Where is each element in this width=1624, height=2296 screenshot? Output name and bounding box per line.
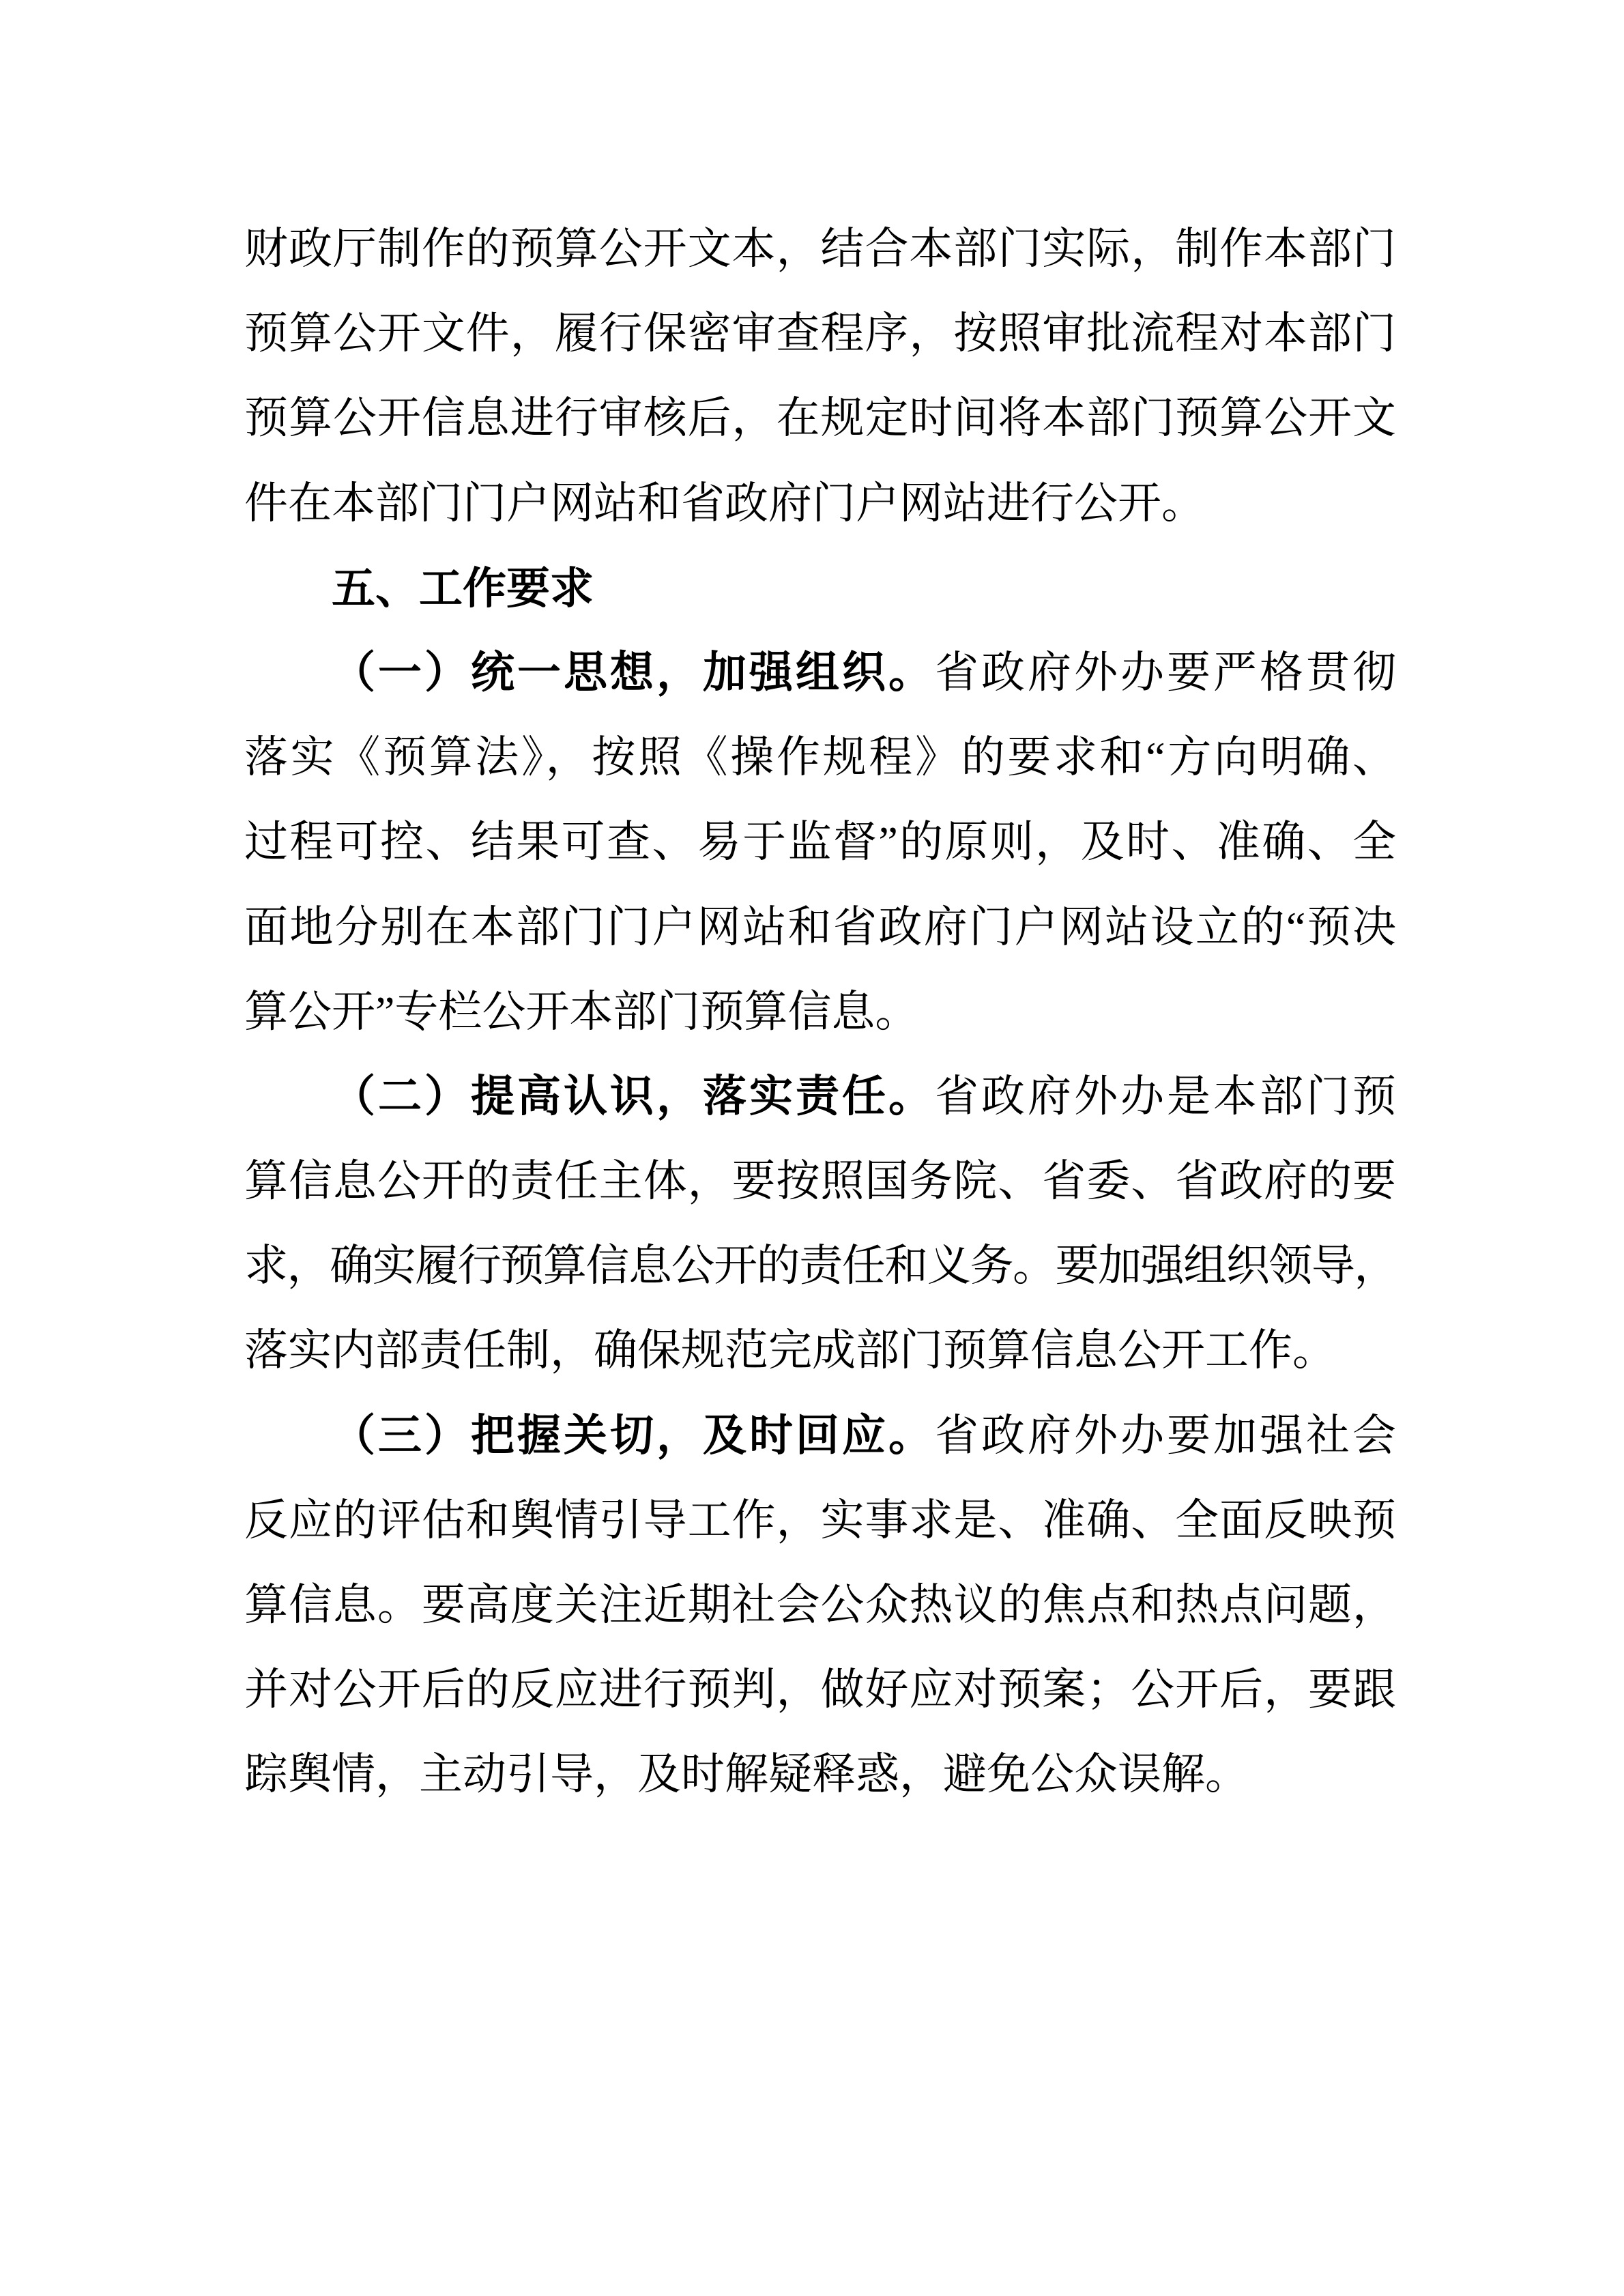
body-text: 预算公开文件，履行保密审查程序，按照审批流程对本部门 (244, 309, 1396, 358)
text-block: 财政厅制作的预算公开文本，结合本部门实际，制作本部门 预算公开文件，履行保密审查… (244, 207, 1396, 1818)
body-line: 算信息。要高度关注近期社会公众热议的焦点和热点问题， (244, 1563, 1396, 1648)
body-text: 算信息公开的责任主体，要按照国务院、省委、省政府的要 (244, 1157, 1396, 1205)
body-line: 财政厅制作的预算公开文本，结合本部门实际，制作本部门 (244, 207, 1396, 291)
body-text: 求，确实履行预算信息公开的责任和义务。要加强组织领导， (244, 1242, 1396, 1290)
body-line: 并对公开后的反应进行预判，做好应对预案；公开后，要跟 (244, 1648, 1396, 1732)
body-text: 落实《预算法》，按照《操作规程》的要求和“方向明确、 (244, 733, 1396, 781)
body-line: 面地分别在本部门门户网站和省政府门户网站设立的“预决 (244, 885, 1396, 970)
body-text: 件在本部门门户网站和省政府门户网站进行公开。 (244, 479, 1205, 528)
body-line: 算公开”专栏公开本部门预算信息。 (244, 970, 1396, 1054)
body-text: 省政府外办是本部门预 (935, 1072, 1396, 1121)
body-line: 反应的评估和舆情引导工作，实事求是、准确、全面反映预 (244, 1478, 1396, 1563)
body-text: 踪舆情，主动引导，及时解疑释惑，避免公众误解。 (244, 1750, 1249, 1798)
body-line: 预算公开文件，履行保密审查程序，按照审批流程对本部门 (244, 291, 1396, 376)
section-heading: 五、工作要求 (244, 546, 1396, 631)
section-heading-text: 五、工作要求 (332, 564, 594, 613)
subsection-title-bold: （三）把握关切，及时回应。 (332, 1411, 935, 1460)
body-text: 落实内部责任制，确保规范完成部门预算信息公开工作。 (244, 1326, 1336, 1375)
body-line: 算信息公开的责任主体，要按照国务院、省委、省政府的要 (244, 1139, 1396, 1224)
body-line: （二）提高认识，落实责任。省政府外办是本部门预 (244, 1054, 1396, 1139)
body-line: 落实内部责任制，确保规范完成部门预算信息公开工作。 (244, 1308, 1396, 1393)
body-line: 落实《预算法》，按照《操作规程》的要求和“方向明确、 (244, 715, 1396, 800)
body-line: （三）把握关切，及时回应。省政府外办要加强社会 (244, 1394, 1396, 1478)
document-page: 财政厅制作的预算公开文本，结合本部门实际，制作本部门 预算公开文件，履行保密审查… (0, 0, 1624, 2296)
body-text: 面地分别在本部门门户网站和省政府门户网站设立的“预决 (244, 903, 1396, 951)
body-line: 预算公开信息进行审核后，在规定时间将本部门预算公开文 (244, 376, 1396, 461)
body-text: 并对公开后的反应进行预判，做好应对预案；公开后，要跟 (244, 1665, 1396, 1714)
subsection-title-bold: （二）提高认识，落实责任。 (332, 1072, 935, 1121)
body-line: 件在本部门门户网站和省政府门户网站进行公开。 (244, 461, 1396, 546)
body-line: 求，确实履行预算信息公开的责任和义务。要加强组织领导， (244, 1224, 1396, 1308)
body-text: 反应的评估和舆情引导工作，实事求是、准确、全面反映预 (244, 1496, 1396, 1545)
body-text: 省政府外办要严格贯彻 (935, 648, 1396, 697)
body-line: （一）统一思想，加强组织。省政府外办要严格贯彻 (244, 631, 1396, 715)
body-text: 算公开”专栏公开本部门预算信息。 (244, 988, 918, 1036)
body-text: 过程可控、结果可查、易于监督”的原则，及时、准确、全 (244, 818, 1396, 866)
body-text: 预算公开信息进行审核后，在规定时间将本部门预算公开文 (244, 394, 1396, 442)
subsection-title-bold: （一）统一思想，加强组织。 (332, 648, 935, 697)
body-text: 省政府外办要加强社会 (935, 1411, 1396, 1460)
body-text: 财政厅制作的预算公开文本，结合本部门实际，制作本部门 (244, 225, 1396, 273)
body-line: 过程可控、结果可查、易于监督”的原则，及时、准确、全 (244, 800, 1396, 885)
body-text: 算信息。要高度关注近期社会公众热议的焦点和热点问题， (244, 1581, 1396, 1629)
body-line: 踪舆情，主动引导，及时解疑释惑，避免公众误解。 (244, 1732, 1396, 1817)
